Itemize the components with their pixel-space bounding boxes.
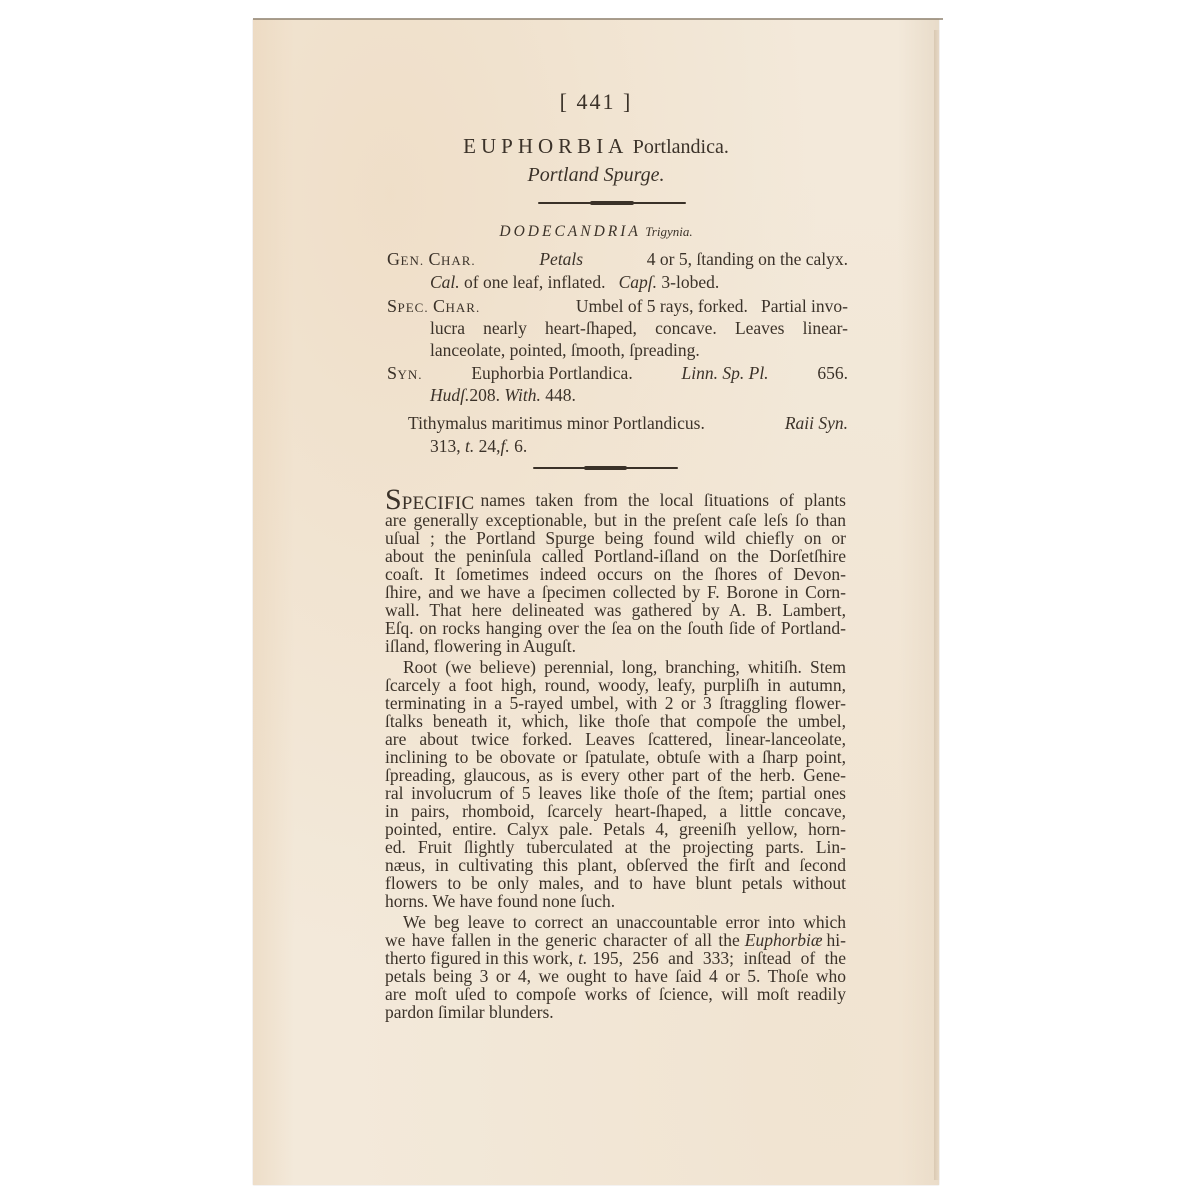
paragraph-2-line-12: næus, in cultivating this plant, obſerve… [385, 855, 846, 875]
paragraph-2-line-4: ſtalks beneath it, which, like thoſe tha… [385, 711, 846, 731]
paragraph-1-line-9: iſland, flowering in Auguſt. [385, 636, 576, 656]
paragraph-3-line-3: therto figured in this work, t. 195, 256… [385, 948, 846, 968]
syn-line-2: Hudſ.208. With. 448. [430, 385, 576, 405]
classification-class: DODECANDRIA [499, 223, 641, 240]
paragraph-1-line-7: wall. That here delineated was gathered … [385, 600, 846, 620]
syn-line-1: SYN. Euphorbia Portlandica. Linn. Sp. Pl… [387, 363, 848, 385]
gen-char-line-1: GEN. CHAR. Petals 4 or 5, ſtanding on th… [387, 249, 848, 271]
linnaean-classification: DODECANDRIA Trigynia. [253, 220, 939, 242]
divider-rule-top [538, 202, 686, 204]
species-title: EUPHORBIA Portlandica. [253, 136, 939, 157]
common-name: Portland Spurge. [253, 165, 939, 185]
paragraph-1-line-4: about the peninſula called Portland-iſla… [385, 546, 846, 566]
paragraph-2-line-8: ral involucrum of 5 leaves like thoſe of… [385, 783, 846, 803]
page-torn-edge [934, 30, 940, 1180]
gen-char-line-2: Cal. of one leaf, inflated. Capſ. 3-lobe… [430, 272, 719, 292]
paragraph-2-line-1: Root (we believe) perennial, long, branc… [403, 657, 846, 677]
syn-line-4: 313, t. 24,f. 6. [430, 436, 527, 456]
paragraph-2-line-13: flowers to be only males, and to have bl… [385, 873, 846, 893]
paragraph-2-line-6: inclining to be obovate or ſpatulate, ob… [385, 747, 846, 767]
genus-name: EUPHORBIA [463, 134, 628, 158]
divider-rule-middle [533, 467, 678, 469]
paragraph-1-line-2: are generally exceptionable, but in the … [385, 510, 846, 530]
paragraph-3-line-2: we have fallen in the generic character … [385, 930, 846, 950]
paragraph-1-line-8: Eſq. on rocks hanging over the ſea on th… [385, 618, 846, 638]
paragraph-3-line-5: are moſt uſed to compoſe works of ſcienc… [385, 984, 846, 1004]
euphorbiae-italic: Euphorbiæ [745, 930, 823, 950]
paragraph-2-line-5: are about twice forked. Leaves ſcattered… [385, 729, 846, 749]
paragraph-2-line-3: terminating in a 5-rayed umbel, with 2 o… [385, 693, 846, 713]
paragraph-2-line-10: pointed, entire. Calyx pale. Petals 4, g… [385, 819, 846, 839]
paragraph-2-line-7: ſpreading, glaucous, as is every other p… [385, 765, 846, 785]
paragraph-2-line-14: horns. We have found none ſuch. [385, 891, 615, 911]
page-number: [ 441 ] [253, 92, 939, 112]
paragraph-1-line-3: uſual ; the Portland Spurge being found … [385, 528, 846, 548]
species-epithet: Portlandica. [633, 136, 729, 158]
classification-order: Trigynia. [645, 224, 692, 239]
spec-char-line-3: lanceolate, pointed, ſmooth, ſpreading. [430, 340, 700, 360]
gen-char-label: GEN. CHAR. [387, 249, 476, 271]
paragraph-3-line-4: petals being 3 or 4, we ought to have ſa… [385, 966, 846, 986]
spec-char-line-2: lucra nearly heart-ſhaped, concave. Leav… [430, 318, 848, 338]
page-top-edge [253, 18, 943, 20]
paragraph-3-line-1: We beg leave to correct an unaccountable… [403, 912, 846, 932]
paragraph-2-line-11: ed. Fruit ſlightly tuberculated at the p… [385, 837, 846, 857]
paragraph-3-line-6: pardon ſimilar blunders. [385, 1002, 554, 1022]
paragraph-2-line-2: ſcarcely a foot high, round, woody, leaf… [385, 675, 846, 695]
spec-char-line-1: SPEC. CHAR. Umbel of 5 rays, forked. Par… [387, 296, 848, 318]
syn-label: SYN. [387, 363, 423, 385]
syn-line-3: Tithymalus maritimus minor Portlandicus.… [408, 413, 848, 433]
paragraph-1-line-6: ſhire, and we have a ſpecimen collected … [385, 582, 846, 602]
paragraph-2-line-9: in pairs, rhomboid, ſcarcely heart-ſhape… [385, 801, 846, 821]
spec-char-label: SPEC. CHAR. [387, 296, 480, 318]
paragraph-1-line-5: coaſt. It ſometimes indeed occurs on the… [385, 564, 846, 584]
